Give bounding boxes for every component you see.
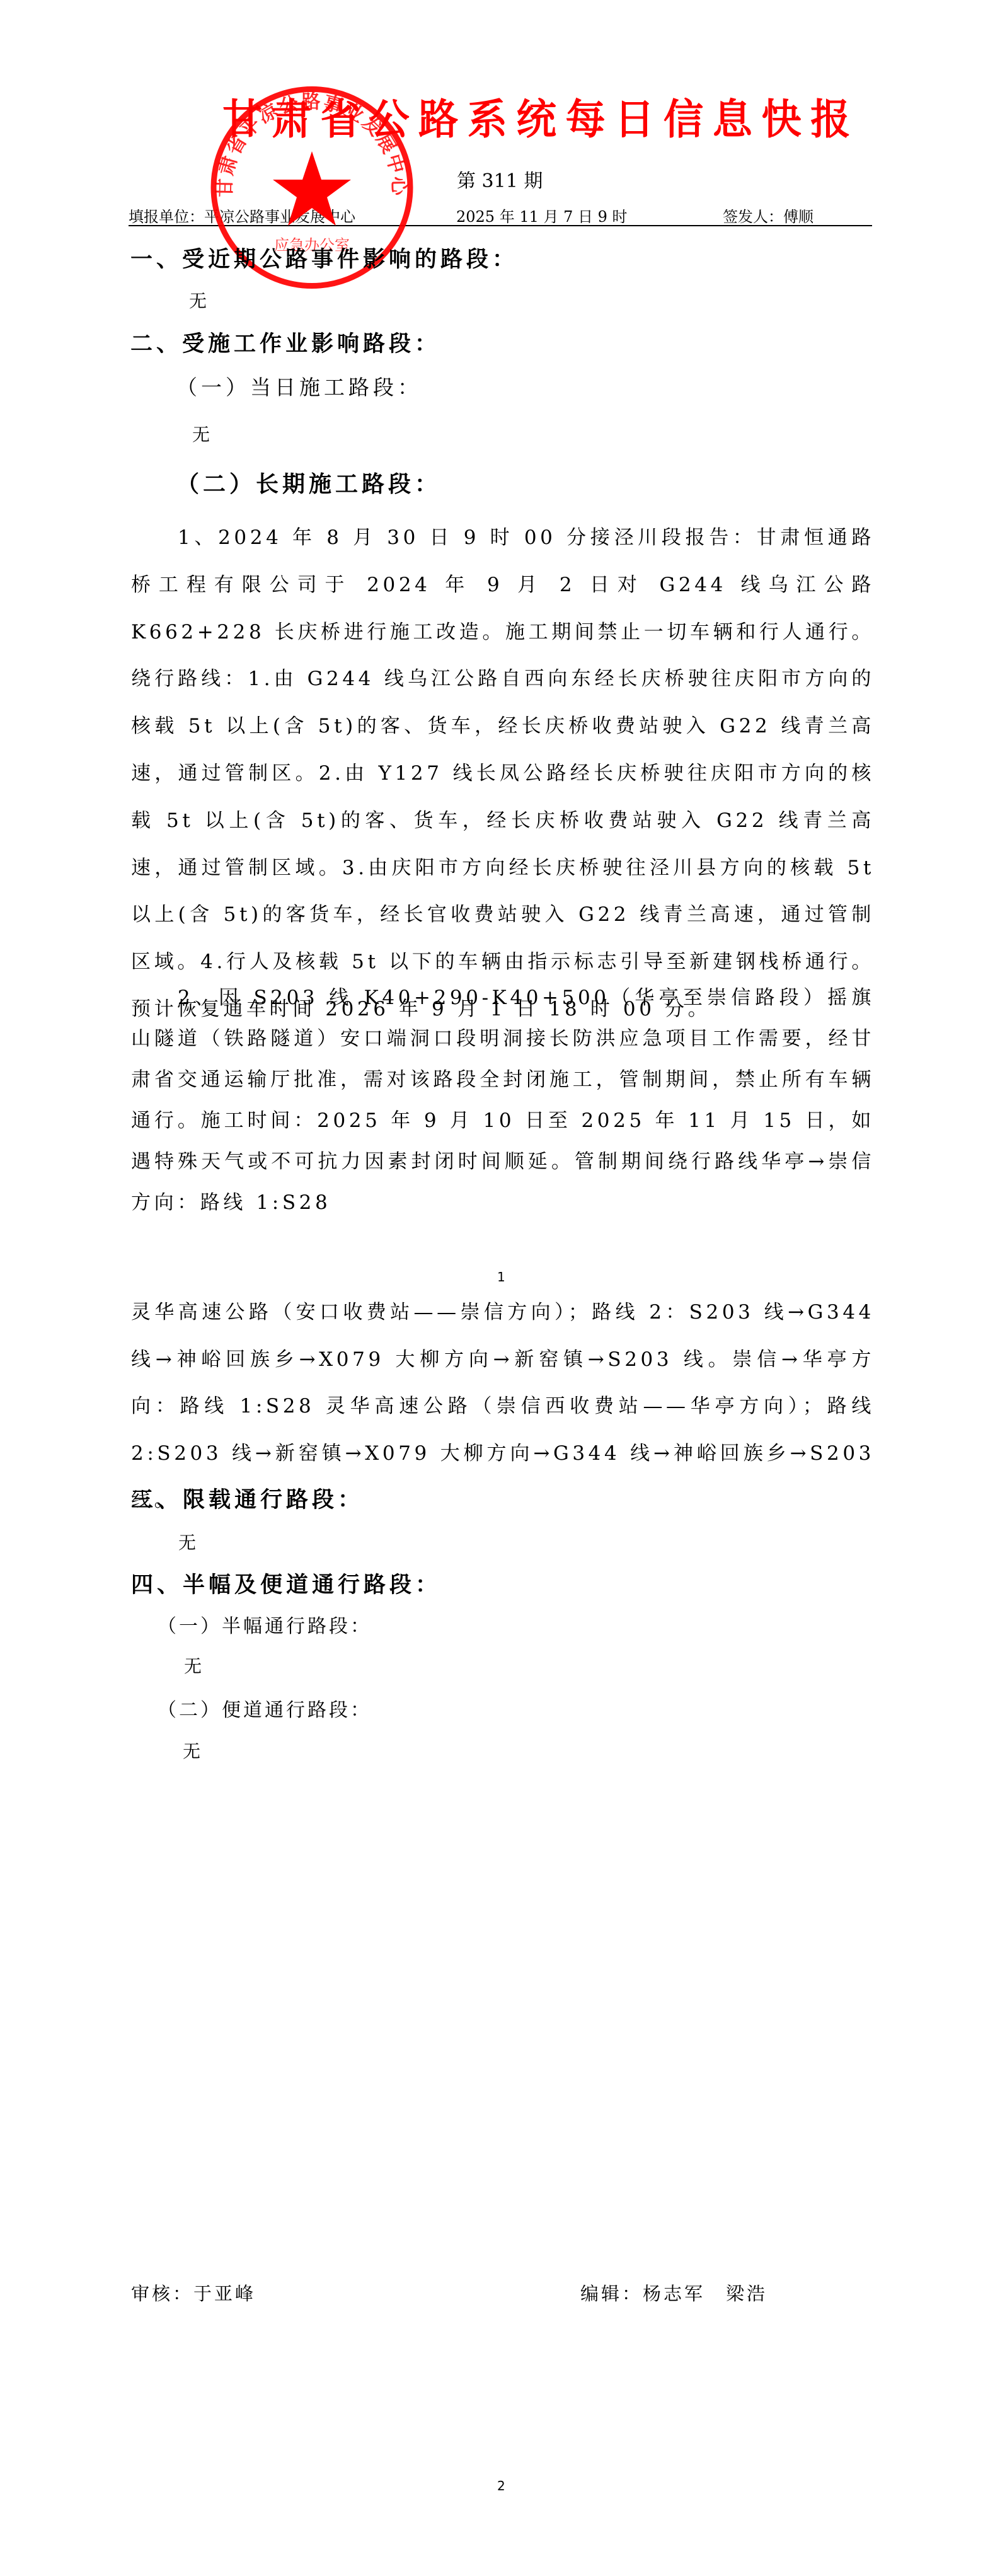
issuer: 签发人：傅顺 (723, 204, 813, 226)
long-term-item-2: 2、因 S203 线 K40+290-K40+500（华亭至崇信路段）摇旗山隧道… (131, 978, 875, 1223)
section-2-sub2-heading: （二）长期施工路段： (176, 466, 441, 499)
section-1-content: 无 (189, 287, 207, 313)
page-number-2: 2 (497, 2478, 505, 2493)
section-2-sub1-heading: （一）当日施工路段： (176, 371, 422, 401)
section-3-heading: 三、限载通行路段： (131, 1482, 364, 1514)
section-4-sub2-heading: （二）便道通行路段： (158, 1694, 372, 1722)
header-divider (129, 225, 872, 226)
section-1-heading: 一、受近期公路事件影响的路段： (130, 242, 518, 274)
section-4-sub1-content: 无 (184, 1653, 202, 1678)
header-info-line: 填报单位：平凉公路事业发展中心 2025 年 11 月 7 日 9 时 签发人：… (129, 204, 872, 226)
section-2-sub1-content: 无 (192, 421, 210, 446)
issue-number: 第 311 期 (457, 165, 543, 193)
section-4-sub1-heading: （一）半幅通行路段： (158, 1610, 372, 1638)
page-number-1: 1 (497, 1269, 505, 1285)
editors: 编辑：杨志军 梁浩 (580, 2280, 767, 2306)
section-3-content: 无 (178, 1529, 196, 1554)
reporting-unit: 填报单位：平凉公路事业发展中心 (129, 204, 355, 226)
reviewer: 审核：于亚峰 (131, 2280, 256, 2306)
document-title: 甘肃省公路系统每日信息快报 (222, 86, 859, 146)
report-datetime: 2025 年 11 月 7 日 9 时 (456, 204, 628, 226)
long-term-item-1: 1、2024 年 8 月 30 日 9 时 00 分接泾川段报告：甘肃恒通路桥工… (131, 514, 875, 1033)
section-4-sub2-content: 无 (183, 1738, 200, 1763)
section-2-heading: 二、受施工作业影响路段： (130, 326, 440, 358)
section-4-heading: 四、半幅及便道通行路段： (131, 1568, 441, 1599)
